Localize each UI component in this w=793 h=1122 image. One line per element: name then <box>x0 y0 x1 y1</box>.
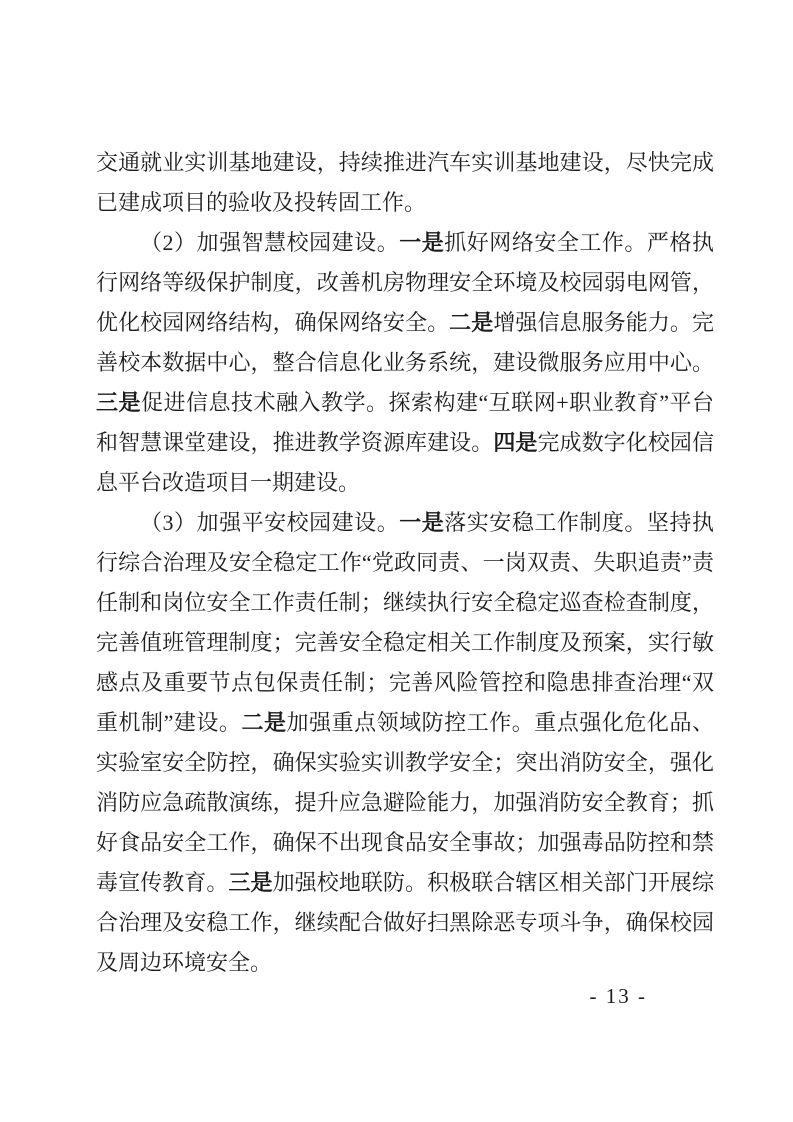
bold-text-run: 四是 <box>493 430 537 455</box>
paragraph: （3）加强平安校园建设。一是落实安稳工作制度。坚持执行综合治理及安全稳定工作“党… <box>96 503 714 983</box>
document-page: 交通就业实训基地建设，持续推进汽车实训基地建设，尽快完成已建成项目的验收及投转固… <box>0 0 793 1122</box>
text-run: 交通就业实训基地建设，持续推进汽车实训基地建设，尽快完成已建成项目的验收及投转固… <box>96 150 714 215</box>
paragraph: 交通就业实训基地建设，持续推进汽车实训基地建设，尽快完成已建成项目的验收及投转固… <box>96 143 714 223</box>
bold-text-run: 一是 <box>399 230 444 255</box>
bold-text-run: 三是 <box>96 390 141 415</box>
bold-text-run: 二是 <box>449 310 493 335</box>
text-run: 加强重点领域防控工作。重点强化危化品、实验室安全防控，确保实验实训教学安全；突出… <box>96 710 714 895</box>
paragraph: （2）加强智慧校园建设。一是抓好网络安全工作。严格执行网络等级保护制度，改善机房… <box>96 223 714 503</box>
bold-text-run: 三是 <box>228 870 272 895</box>
text-run: （3）加强平安校园建设。 <box>140 510 399 535</box>
bold-text-run: 二是 <box>241 710 286 735</box>
text-run: （2）加强智慧校园建设。 <box>140 230 399 255</box>
page-number: - 13 - <box>590 982 648 1010</box>
text-body: 交通就业实训基地建设，持续推进汽车实训基地建设，尽快完成已建成项目的验收及投转固… <box>96 143 714 983</box>
text-run: 落实安稳工作制度。坚持执行综合治理及安全稳定工作“党政同责、一岗双责、失职追责”… <box>96 510 714 735</box>
bold-text-run: 一是 <box>399 510 444 535</box>
